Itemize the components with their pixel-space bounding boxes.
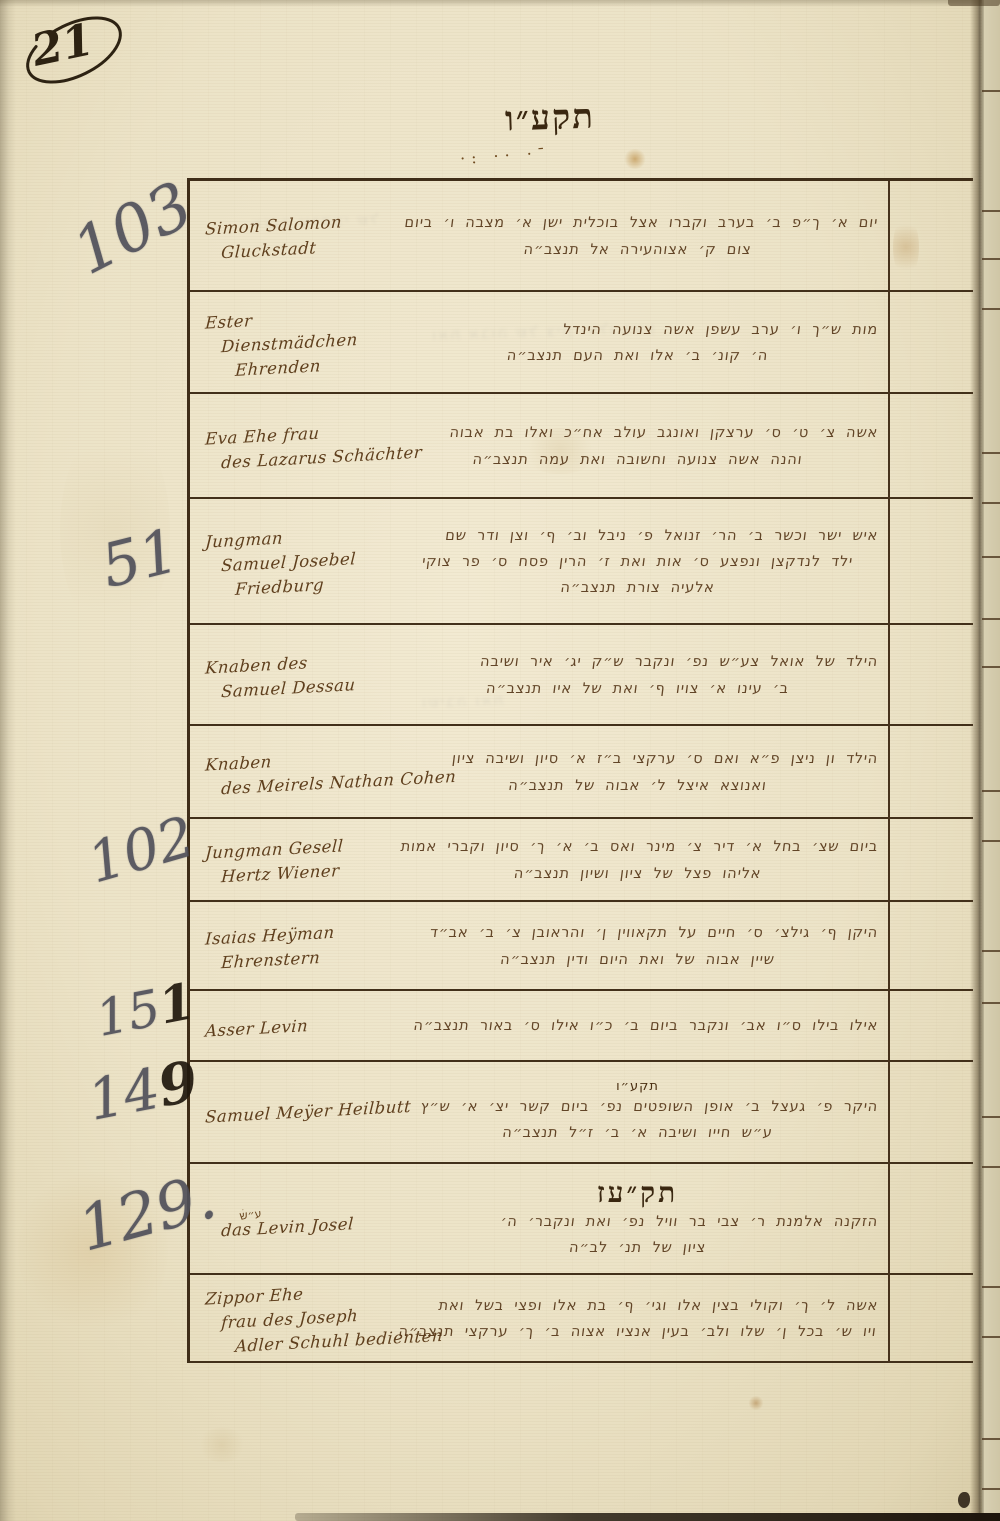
hebrew-script-line: היקן ף׳ גילצ׳ ס׳ חיים על תקאווין ן׳ והרא… (395, 920, 879, 946)
end-column (888, 181, 973, 290)
adjacent-page-edge (982, 0, 1000, 1521)
page-top-edge (0, 0, 1000, 7)
hebrew-script-line: אשה ל׳ ך׳ וקולי בצין אלו וגי׳ ף׳ בת אלו … (395, 1293, 879, 1319)
hebrew-script-column: מות ש״ך ו׳ ערב עשפן אשה צנועה הינדלה׳ קו… (383, 292, 888, 392)
adjacent-page-line (982, 1002, 1000, 1004)
name-column: Asser Levin (187, 991, 383, 1060)
adjacent-page-line (982, 556, 1000, 558)
adjacent-page-line (982, 502, 1000, 504)
name-line: Asser Levin (204, 1010, 381, 1043)
adjacent-page-line (982, 840, 1000, 842)
hebrew-script-line: הזקנה אלמנת ר׳ צבי בר וויל נפ׳ ואת ונקבר… (395, 1209, 879, 1235)
hebrew-script-line: שיין אבוה של ואת היום ודין תנצב״ה (395, 947, 879, 973)
hebrew-script-line: אלעיה צורת תנצב״ה (395, 575, 879, 601)
hebrew-script-column: אשה צ׳ ט׳ ס׳ ערצקן ואונגב עולב אח״כ ואלו… (383, 394, 888, 497)
table-row: Knaben desSamuel Dessauהילד של אואל צע״ש… (187, 625, 973, 726)
hebrew-script-line: ה׳ קונ׳ ב׳ אלו ואת העם תנצב״ה (395, 343, 879, 369)
bottom-edge-ink (295, 1513, 1000, 1521)
hebrew-script-line: והנה אשה צנועה וחשובה ואת עמה תנצב״ה (395, 447, 879, 473)
hebrew-script-column: היקן ף׳ גילצ׳ ס׳ חיים על תקאווין ן׳ והרא… (383, 902, 888, 989)
adjacent-page-line (982, 90, 1000, 92)
adjacent-page-line (982, 950, 1000, 952)
name-column: Zippor Ehefrau des JosephAdler Schuhl be… (187, 1275, 383, 1361)
hebrew-script-line: אליהו פצל של ציון ושיון תנצב״ה (395, 861, 879, 887)
page-number-flourish: 21 (10, 4, 130, 104)
margin-number-pencil-part: 15 (91, 979, 165, 1048)
adjacent-page-line (982, 1116, 1000, 1118)
table-row: Zippor Ehefrau des JosephAdler Schuhl be… (187, 1275, 973, 1363)
name-column: EsterDienstmädchenEhrenden (187, 292, 383, 392)
end-column (888, 394, 973, 497)
end-column (888, 726, 973, 817)
end-column (888, 292, 973, 392)
end-column (888, 819, 973, 900)
hebrew-script-column: יום א׳ ך״פ ב׳ בערב וקברו אצל בוכלית ישן … (383, 181, 888, 290)
adjacent-page-line (982, 1438, 1000, 1440)
page-left-edge (0, 0, 16, 1521)
adjacent-page-line (982, 618, 1000, 620)
hebrew-script-column: ביום שצ׳ בחל א׳ דיר צ׳ מינר ואס ב׳ א׳ ך׳… (383, 819, 888, 900)
table-row: Asser Levinאילו בילו ס״ו אב׳ ונקבר ביום … (187, 991, 973, 1062)
hebrew-script-column: אשה ל׳ ך׳ וקולי בצין אלו וגי׳ ף׳ בת אלו … (383, 1275, 888, 1361)
adjacent-page-line (982, 308, 1000, 310)
page-fold (970, 0, 984, 1521)
name-line: Samuel Meÿer Heilbutt (204, 1096, 381, 1129)
hebrew-script-line: ע״ש חייו ושיבה א׳ ב׳ ז״ל תנצב״ה (395, 1120, 879, 1146)
hebrew-script-column: תק״עזהזקנה אלמנת ר׳ צבי בר וויל נפ׳ ואת … (383, 1164, 888, 1273)
adjacent-page-line (982, 1286, 1000, 1288)
name-column: Samuel Meÿer Heilbutt (187, 1062, 383, 1162)
page-title-hebrew-year: תקע״ו (469, 95, 630, 141)
hebrew-script-column: אילו בילו ס״ו אב׳ ונקבר ביום ב׳ כ״ו אילו… (383, 991, 888, 1060)
hebrew-script-line: מות ש״ך ו׳ ערב עשפן אשה צנועה הינדל (395, 317, 879, 343)
hebrew-year-header: תקע״ו (397, 1080, 878, 1094)
end-column (888, 1062, 973, 1162)
adjacent-page-line (982, 1488, 1000, 1490)
end-column (888, 1275, 973, 1361)
hebrew-script-line: הילד של אואל צע״ש נפ׳ ונקבר ש״ק יג׳ איר … (395, 649, 879, 675)
hebrew-script-column: איש ישר וכשר ב׳ הר׳ זנואל פ׳ ניבל וב׳ ף׳… (383, 499, 888, 623)
register-table: Simon SalomonGluckstadtיום א׳ ך״פ ב׳ בער… (187, 178, 973, 1363)
table-row: Knabendes Meirels Nathan Cohenהילד ון ני… (187, 726, 973, 819)
adjacent-page-line (982, 790, 1000, 792)
hebrew-script-line: ציון של תנ׳ לב״ה (395, 1235, 879, 1261)
hebrew-script-line: ב׳ עינו א׳ צויו ף׳ ואת של איו תנצב״ה (395, 676, 879, 702)
name-column: Isaias HeÿmanEhrenstern (187, 902, 383, 989)
end-column (888, 902, 973, 989)
hebrew-script-line: יום א׳ ך״פ ב׳ בערב וקברו אצל בוכלית ישן … (395, 210, 879, 236)
end-column (888, 499, 973, 623)
margin-number-pencil-part: 14 (83, 1057, 165, 1134)
hebrew-script-line: הילד ון ניצן פ״א ואם ס׳ ערקצי ב״ז א׳ סיו… (395, 746, 879, 772)
table-row: Jungman GesellHertz Wienerביום שצ׳ בחל א… (187, 819, 973, 902)
table-row: Eva Ehe fraudes Lazarus Schächterאשה צ׳ … (187, 394, 973, 499)
hebrew-script-line: ילד לנדקצן ונפצע ס׳ אות ואת ז׳ הרין פסח … (395, 549, 879, 575)
end-column (888, 991, 973, 1060)
adjacent-page-line (982, 210, 1000, 212)
manuscript-register-page: { "page": { "corner_number": "21", "titl… (0, 0, 1000, 1521)
name-column: Knabendes Meirels Nathan Cohen (187, 726, 383, 817)
adjacent-page-line (982, 258, 1000, 260)
top-right-ink-mark (948, 0, 1000, 6)
table-row: Isaias HeÿmanEhrensternהיקן ף׳ גילצ׳ ס׳ … (187, 902, 973, 991)
hebrew-script-column: תקע״והיקר פ׳ געצל ב׳ אופן השופטים נפ׳ בי… (383, 1062, 888, 1162)
hebrew-script-column: הילד ון ניצן פ״א ואם ס׳ ערקצי ב״ז א׳ סיו… (383, 726, 888, 817)
table-row: Simon SalomonGluckstadtיום א׳ ך״פ ב׳ בער… (187, 181, 973, 292)
adjacent-page-line (982, 452, 1000, 454)
hebrew-script-line: ויו ש׳ בכל ן׳ שלו ולב׳ בעין אנציו אצוה ב… (395, 1319, 879, 1345)
hebrew-script-line: צום ק׳ אצוהעירה אל תנצב״ה (395, 237, 879, 263)
hebrew-script-line: ביום שצ׳ בחל א׳ דיר צ׳ מינר ואס ב׳ א׳ ך׳… (395, 834, 879, 860)
hebrew-script-line: היקר פ׳ געצל ב׳ אופן השופטים נפ׳ ביום קש… (395, 1094, 879, 1120)
hebrew-script-line: ואנוצא איצל ל׳ אבוה של תנצב״ה (395, 773, 879, 799)
adjacent-page-line (982, 1166, 1000, 1168)
bottom-ink-blob (958, 1492, 970, 1508)
name-column: Eva Ehe fraudes Lazarus Schächter (187, 394, 383, 497)
name-column: JungmanSamuel JosebelFriedburg (187, 499, 383, 623)
table-right-rule (888, 181, 890, 1363)
end-column (888, 1164, 973, 1273)
hebrew-script-column: הילד של אואל צע״ש נפ׳ ונקבר ש״ק יג׳ איר … (383, 625, 888, 724)
table-row: JungmanSamuel JosebelFriedburgאיש ישר וכ… (187, 499, 973, 625)
name-column: Jungman GesellHertz Wiener (187, 819, 383, 900)
table-row: EsterDienstmädchenEhrendenמות ש״ך ו׳ ערב… (187, 292, 973, 394)
register-rows: Simon SalomonGluckstadtיום א׳ ך״פ ב׳ בער… (187, 181, 973, 1363)
name-column: Knaben desSamuel Dessau (187, 625, 383, 724)
name-column: Simon SalomonGluckstadt (187, 181, 383, 290)
hebrew-script-line: איש ישר וכשר ב׳ הר׳ זנואל פ׳ ניבל וב׳ ף׳… (395, 523, 879, 549)
end-column (888, 625, 973, 724)
hebrew-script-line: אשה צ׳ ט׳ ס׳ ערצקן ואונגב עולב אח״כ ואלו… (395, 420, 879, 446)
adjacent-page-line (982, 1336, 1000, 1338)
adjacent-page-line (982, 666, 1000, 668)
table-row: ע״שׄdas Levin Joselתק״עזהזקנה אלמנת ר׳ צ… (187, 1164, 973, 1275)
hebrew-year-header: תק״עז (397, 1178, 878, 1209)
table-row: Samuel Meÿer Heilbuttתקע״והיקר פ׳ געצל ב… (187, 1062, 973, 1164)
hebrew-script-line: אילו בילו ס״ו אב׳ ונקבר ביום ב׳ כ״ו אילו… (395, 1013, 879, 1039)
